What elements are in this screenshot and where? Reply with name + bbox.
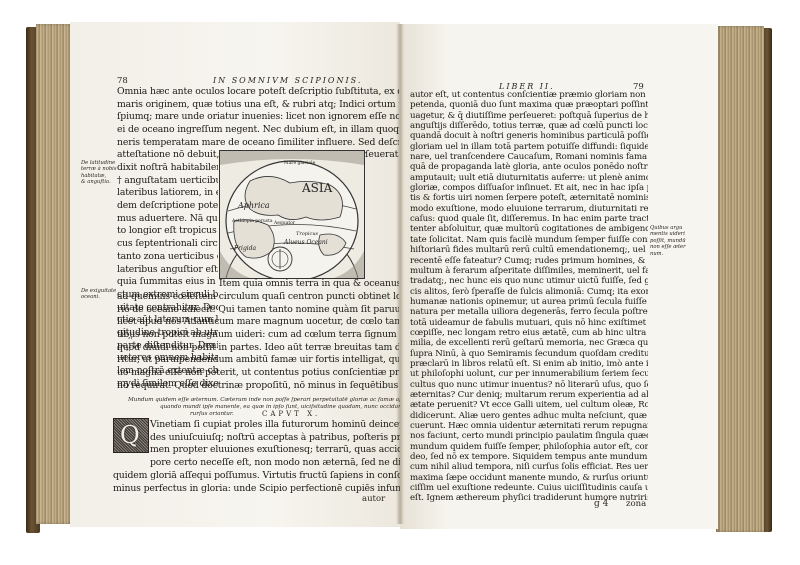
text-line: deo, ſed nō ex tempore. Siquidem tempus … [410,452,648,462]
text-line: totā uideamur de fabulis mutuari, quis n… [410,318,648,328]
text-line: tis & fortis uiri nomen ſerpere poteſt, … [410,193,648,203]
text-line: ſpiumq; mare unde oriatur inuenies: lice… [117,111,399,124]
map-label-asia: ASIA [302,181,332,195]
text-line: didicerunt. Aliæ uero gentes adhuc multa… [410,411,648,421]
text-line: Item quia omnis terra in qua & oceanus e… [219,278,399,291]
marginal-mark: ,, [126,345,131,351]
text-line: humanæ nationis opinemur, ut aurea primū… [410,297,648,307]
marginal-note-line: num. [650,251,686,257]
text-line: mus aduertere. Nā quan [117,213,218,226]
text-line: autor eſt, ut contentus conſcientiæ præm… [410,90,648,100]
text-line: men propter eluuiones exuſtionesq; terra… [150,444,400,457]
text-line: Omnia hæc ante oculos locare poteſt deſc… [117,86,399,99]
text-line: quā de propaganda latè gloria, ante ocul… [410,162,648,172]
text-line: ad quemuis cœleſtem circulum quaſi centr… [117,291,399,304]
open-book: 78 IN SOMNIVM SCIPIONIS. Omnia hæc ante … [0,0,800,565]
text-line: quia ſummitas eius in ar [117,276,218,289]
text-line: quandā docuit à noſtri generis hominibus… [410,131,648,141]
text-line: lateribus latiorem, in ea [117,187,218,200]
right-catchword: zona [626,499,646,509]
text-line: tenter abſoluitur, quæ multorū cogitatio… [410,224,648,234]
map-label-aethiopia: Aethiopia perusta [232,219,273,224]
map-label-aequator: Aequator [274,221,295,226]
left-page-number: 78 [117,76,128,86]
drop-cap-letter: Q [120,421,140,449]
map-illustration [220,151,364,278]
right-page-edges [716,26,764,532]
text-line: licet apud nos Atlanticum mare magnum uo… [117,316,399,329]
text-line: lateribus anguſtior eſt: [117,264,218,277]
text-line: præclarū in libros relatū eſt. Si enim a… [410,359,648,369]
text-line: gloriam uel in illam totā partem potuiſſ… [410,142,648,152]
text-line: ut philoſophi uolunt, cur per innumerabi… [410,369,648,379]
text-line: nare, uel tranſcendere Caucaſum, Romani … [410,152,648,162]
map-label-frigida: Frigida [234,245,256,252]
text-line: caſus: quod quale ſit, diſſeremus. In ha… [410,214,648,224]
woodcut-world-map: ASIA Aphrica Mare glaciale Aethiopia per… [219,150,365,279]
text-line: maris originem, quæ totius una eſt, & ru… [117,99,399,112]
text-line: dixit noſtrā habitabilem [117,162,218,175]
text-line: to longior eſt tropicus cir [117,225,218,238]
text-line: neris temperatam mare de oceano ſimilite… [117,137,399,150]
marginal-note: De exiguitate oceani. [81,288,116,301]
text-line: modo exuſtione, modo eluuione terrarum, … [410,204,648,214]
marginal-note-line: mentis uideri [650,231,686,237]
text-line: anguſtijs diſſerēdo, totius terræ, quæ a… [410,121,648,131]
text-line: nos faciunt, certo mundi principio paula… [410,431,648,441]
text-line: quidem gloriā aſſequi poſſumus. Virtutis… [113,470,400,483]
chapter-text: quidem gloriā aſſequi poſſumus. Virtutis… [113,470,400,495]
left-text-after-map: ad quemuis cœleſtem circulum quaſi centr… [117,291,399,393]
book-gutter [396,24,404,524]
text-line: tanto zona uerticibus q̄ [117,251,218,264]
text-line: milia, de excellenti rerū geſtarū memori… [410,338,648,348]
text-line: pore certo neceſſe eſt, non modo non æte… [150,457,400,470]
text-line: petenda, quoniā duo ſunt maxima quæ præo… [410,100,648,110]
text-line: amputauit; uult etiā diuturnitatis aufer… [410,173,648,183]
text-line: nō requirat. Quod doctrinæ propoſitū, nō… [117,380,399,393]
text-line: ei de oceano ingreſſum negent. Nec dubiu… [117,124,399,137]
map-label-tropicus: Tropicus [296,231,318,237]
text-line: ſupra Ninū, à quo Semiramis ſecundum quo… [410,349,648,359]
marginal-note-line: oceani. [81,294,116,300]
text-line: mundum quidem fuiſſe ſemper, philoſophia… [410,442,648,452]
text-line: multum à ferarum aſperitate diſſimiles, … [410,266,648,276]
right-text: autor eſt, ut contentus conſcientiæ præm… [410,90,648,504]
text-line: cultus quo nunc utimur inuentus? nō lite… [410,380,648,390]
text-line: cum nihil aliud tempora, niſi curſus ſol… [410,462,648,472]
text-line: ciſſim uel exuſtione redeunte. Cuius uic… [410,483,648,493]
text-line: quod diuidi non poſſit in partes. Ideo a… [117,342,399,355]
marginal-note: De latitudine terræ à nobis habitatæ, & … [81,160,117,186]
text-line: cis alitos, ſerò ſperaſſe de ſulcis alim… [410,287,648,297]
map-label-alveus-oceani: Alueus Oceani [284,239,328,246]
left-page-edges [36,24,74,524]
text-line: cus ſeptentrionali circo, [117,238,218,251]
text-line: uagetur, & q̄ diutiſſime perſeueret: poſ… [410,111,648,121]
signature-mark: g 4 [594,499,608,509]
decorated-initial: Q [113,418,149,453]
text-line: Vinetiam ſi cupiat proles illa futurorum… [150,419,400,432]
text-line: cuerunt. Hæc omnia uidentur æternitati r… [410,421,648,431]
text-line: eſt. Ignem æthereum phyſici tradiderunt … [410,493,648,503]
text-line: dem deſcriptione poteri [117,200,218,213]
marginal-mark: ,, [128,333,133,339]
text-line: ætate peruenit? Vt ecce Galli uitem, uel… [410,400,648,410]
text-line: maxima ſæpe occidunt manente mundo, & ru… [410,473,648,483]
text-line: cœpiſſe, nec longam retro eius ætatē, cu… [410,328,648,338]
text-line: recentē eſſe fateatur? Cumq; rudes primu… [410,256,648,266]
text-line: hiſtoriarū fides multarū rerū cultū emen… [410,245,648,255]
map-label-mare-glaciale: Mare glaciale [284,161,315,166]
text-line: tibus non poteſt magnum uideri: cum ad c… [117,329,399,342]
left-catchword: autor [362,494,385,504]
chapter-summary-line: rurſus oriantur. [190,411,234,418]
text-line: † anguſtatam uerticibus, [117,175,218,188]
map-label-aphrica: Aphrica [238,201,270,210]
text-line: minus perfectus in gloria: unde Scipio p… [113,483,400,496]
text-line: uo magna eſſe non poterit, ut contentus … [117,367,399,380]
chapter-summary-line: Mundum quidem eſſe æternum. Cæterum inde… [128,397,437,404]
chapter-text-indented: Vinetiam ſi cupiat proles illa futurorum… [150,419,400,470]
text-line: tate ſolicitat. Nam quis facilè mundum ſ… [410,235,648,245]
marginal-note-line: terræ à nobis [81,166,117,172]
text-line: tradatq;, nec hunc eis quo nunc utimur u… [410,276,648,286]
text-line: rio de oceano adiecit: Qui tamen tanto n… [117,304,399,317]
text-line: des uniuſcuiuſq; noſtrū acceptas à patri… [150,432,400,445]
marginal-note-line: non eſſe æter [650,244,686,250]
text-line: ritur, ut paruipendendum ambitū famæ uir… [117,354,399,367]
left-text-after-map-first: Item quia omnis terra in qua & oceanus e… [219,278,399,291]
left-running-head: IN SOMNIVM SCIPIONIS. [213,76,362,85]
marginal-note-line: & anguſtia. [81,179,117,185]
marginal-note: Quibus argu mentis uideri poſſit, mundū … [650,225,686,257]
text-line: natura per metalla uiliora degenerās, fe… [410,307,648,317]
text-line: æternitas? Cur deniq; multarum rerum exp… [410,390,648,400]
chapter-heading: CAPVT X. [262,410,320,418]
text-line: gloriæ, compos diſſuaſor inſinuet. Et ai… [410,183,648,193]
